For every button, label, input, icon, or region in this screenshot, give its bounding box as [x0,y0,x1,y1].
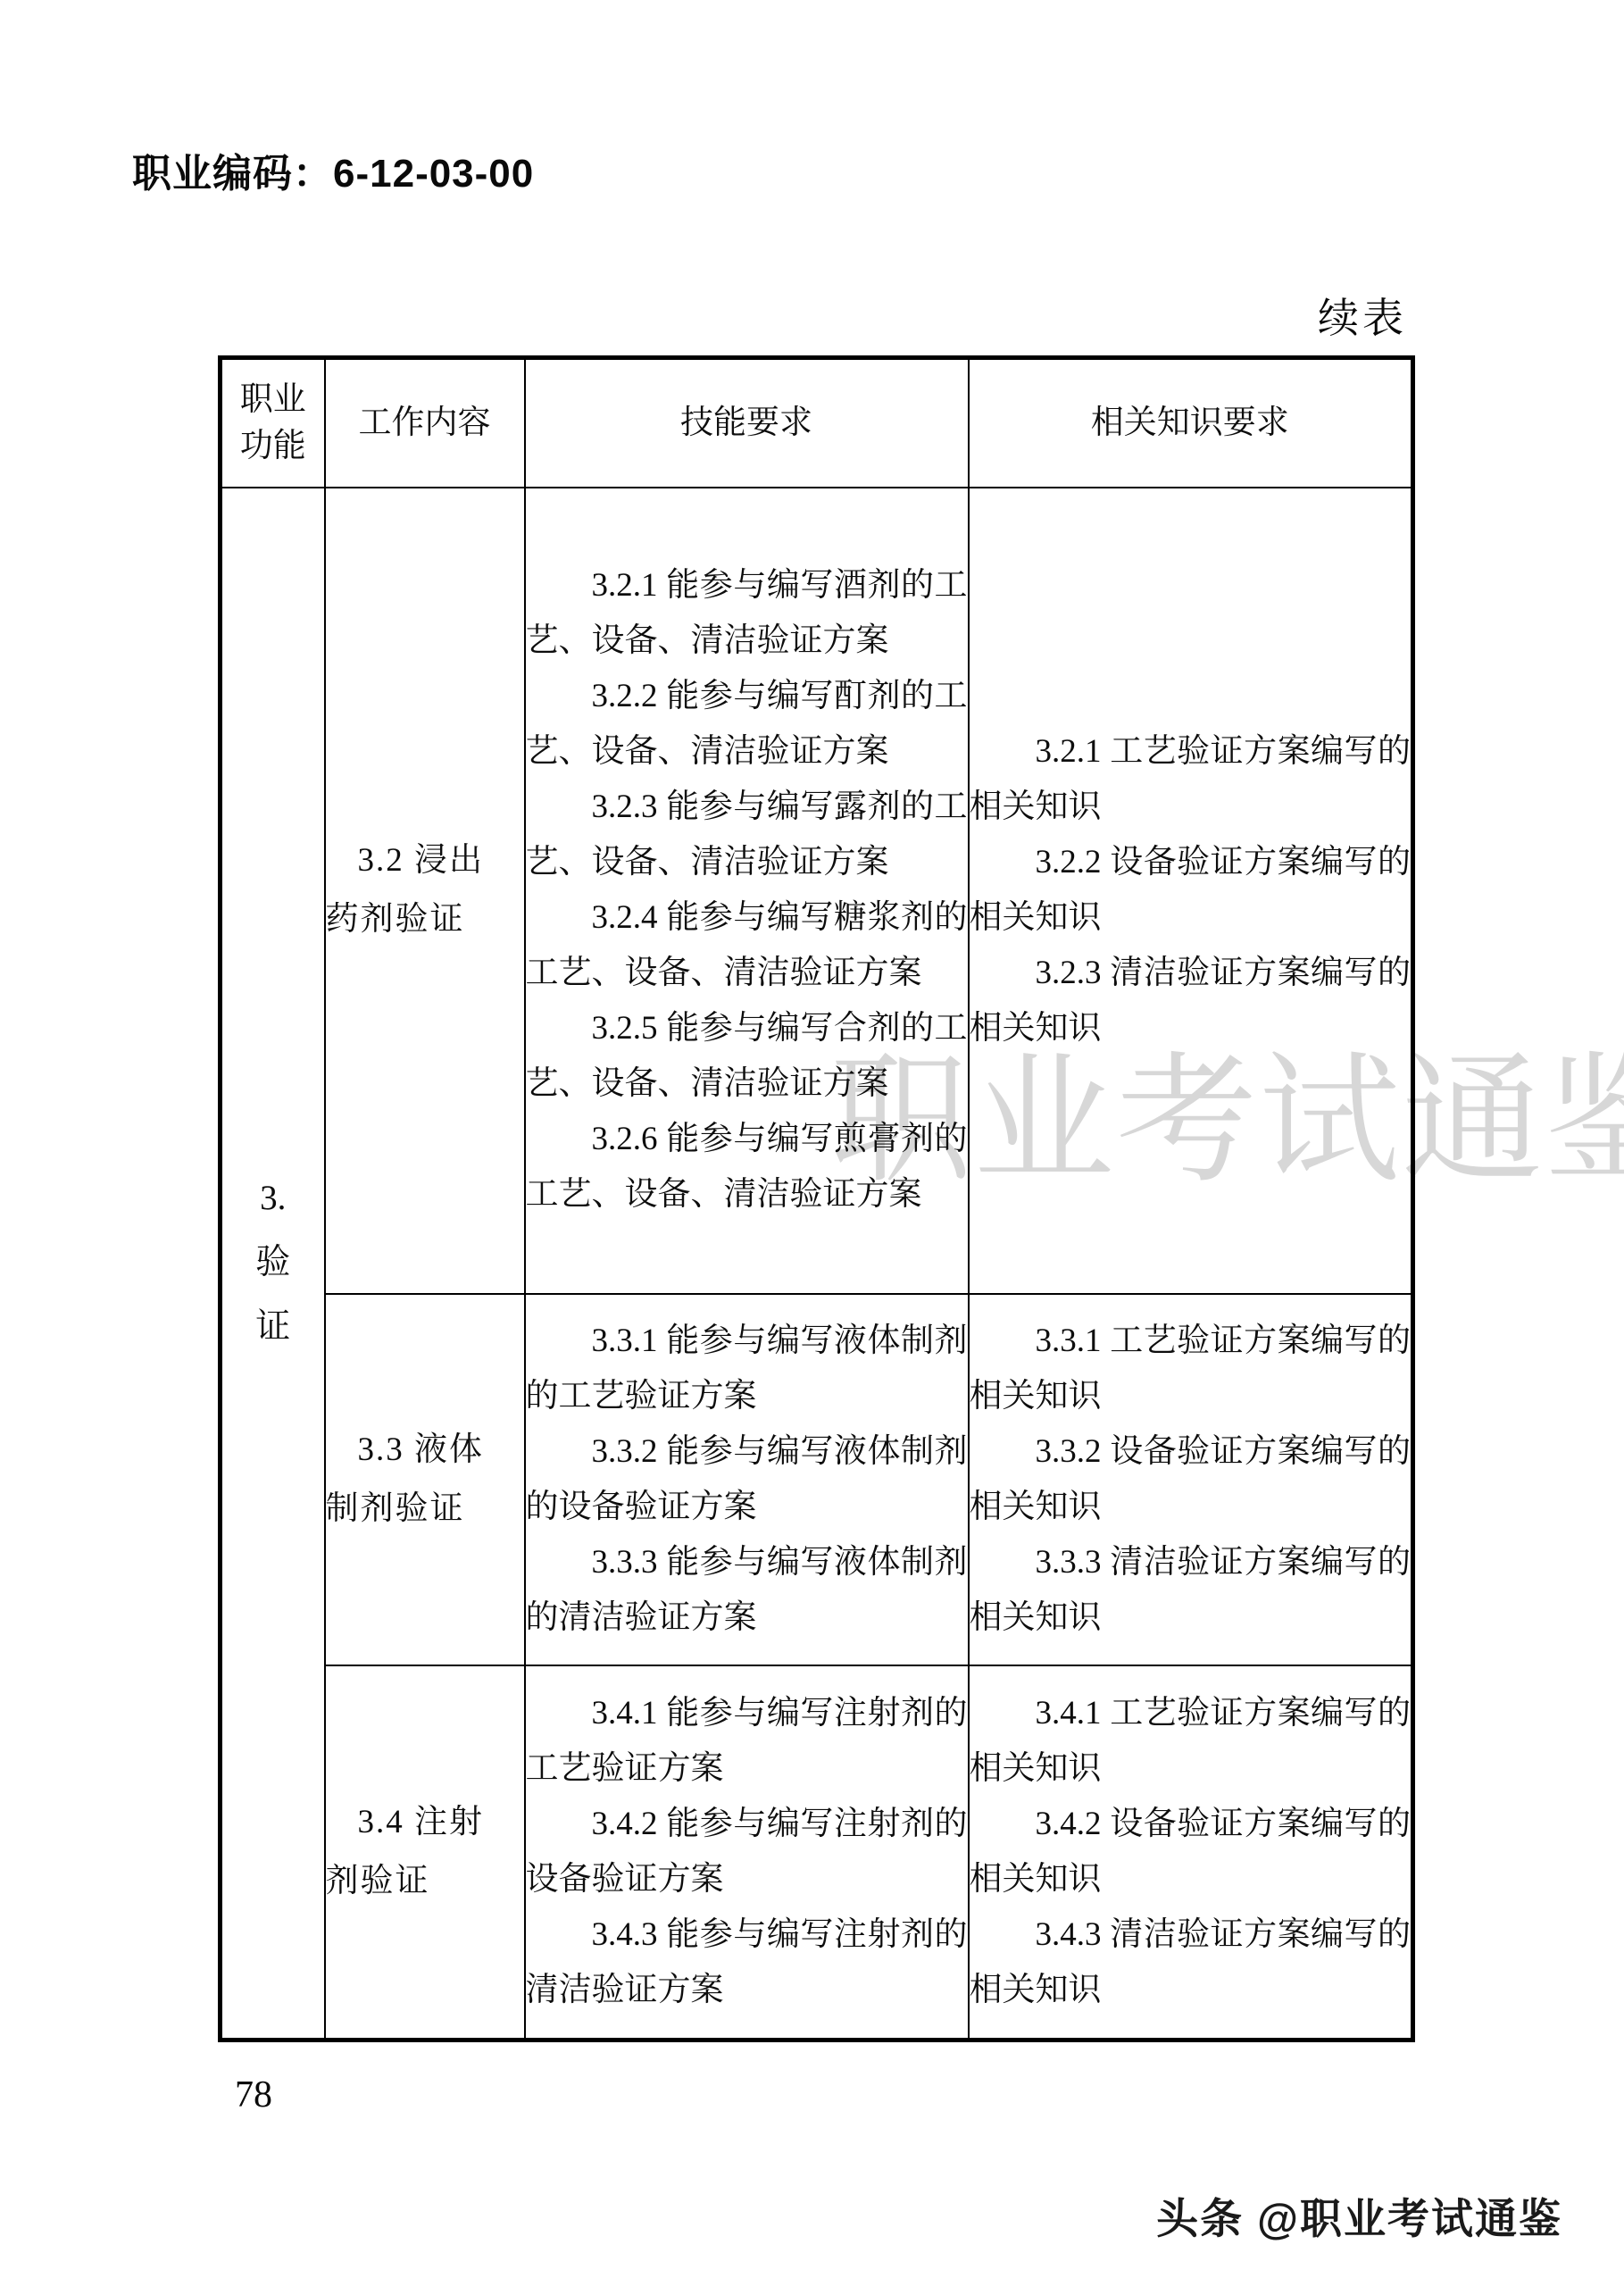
col-header-knowledge-requirements: 相关知识要求 [969,358,1413,488]
function-cell-validation: 3. 验 证 [221,488,325,2040]
function-char: 验 [222,1231,324,1295]
skill-item: 3.2.1 能参与编写酒剂的工艺、设备、清洁验证方案 [526,558,968,669]
knowledge-item: 3.3.3 清洁验证方案编写的相关知识 [970,1535,1412,1646]
col-header-skill-requirements: 技能要求 [525,358,969,488]
skill-item: 3.3.2 能参与编写液体制剂的设备验证方案 [526,1424,968,1535]
skills-cell: 3.4.1 能参与编写注射剂的工艺验证方案 3.4.2 能参与编写注射剂的设备验… [525,1665,969,2040]
skill-item: 3.2.2 能参与编写酊剂的工艺、设备、清洁验证方案 [526,669,968,780]
table-row: 3. 验 证 3.2 浸出 药剂验证 3.2.1 能参与编写酒剂的工艺、设备、清… [221,488,1413,1294]
skill-item: 3.4.1 能参与编写注射剂的工艺验证方案 [526,1686,968,1797]
knowledge-cell: 3.2.1 工艺验证方案编写的相关知识 3.2.2 设备验证方案编写的相关知识 … [969,488,1413,1294]
knowledge-item: 3.3.1 工艺验证方案编写的相关知识 [970,1314,1412,1424]
knowledge-item: 3.2.2 设备验证方案编写的相关知识 [970,835,1412,946]
occupational-standard-table: 职业功能 工作内容 技能要求 相关知识要求 3. 验 证 3.2 浸出 药剂验证… [218,355,1415,2042]
knowledge-item: 3.4.3 清洁验证方案编写的相关知识 [970,1907,1412,2018]
skill-item: 3.4.2 能参与编写注射剂的设备验证方案 [526,1797,968,1907]
work-content-line: 3.4 注射 [326,1793,524,1852]
knowledge-item: 3.2.1 工艺验证方案编写的相关知识 [970,724,1412,835]
work-content-cell: 3.2 浸出 药剂验证 [325,488,525,1294]
skill-item: 3.4.3 能参与编写注射剂的清洁验证方案 [526,1907,968,2018]
knowledge-cell: 3.4.1 工艺验证方案编写的相关知识 3.4.2 设备验证方案编写的相关知识 … [969,1665,1413,2040]
table-row: 3.3 液体 制剂验证 3.3.1 能参与编写液体制剂的工艺验证方案 3.3.2… [221,1294,1413,1665]
knowledge-item: 3.3.2 设备验证方案编写的相关知识 [970,1424,1412,1535]
page-number: 78 [235,2074,272,2116]
function-number: 3. [222,1166,324,1231]
footer-brand: 头条 @职业考试通鉴 [1156,2186,1562,2246]
table-row: 3.4 注射 剂验证 3.4.1 能参与编写注射剂的工艺验证方案 3.4.2 能… [221,1665,1413,2040]
skills-cell: 3.3.1 能参与编写液体制剂的工艺验证方案 3.3.2 能参与编写液体制剂的设… [525,1294,969,1665]
col-header-work-content: 工作内容 [325,358,525,488]
work-content-line: 3.2 浸出 [326,831,524,890]
knowledge-item: 3.4.2 设备验证方案编写的相关知识 [970,1797,1412,1907]
skill-item: 3.2.4 能参与编写糖浆剂的工艺、设备、清洁验证方案 [526,890,968,1001]
knowledge-cell: 3.3.1 工艺验证方案编写的相关知识 3.3.2 设备验证方案编写的相关知识 … [969,1294,1413,1665]
skill-item: 3.3.1 能参与编写液体制剂的工艺验证方案 [526,1314,968,1424]
skill-item: 3.3.3 能参与编写液体制剂的清洁验证方案 [526,1535,968,1646]
skills-cell: 3.2.1 能参与编写酒剂的工艺、设备、清洁验证方案 3.2.2 能参与编写酊剂… [525,488,969,1294]
function-char: 证 [222,1295,324,1359]
skill-item: 3.2.5 能参与编写合剂的工艺、设备、清洁验证方案 [526,1001,968,1112]
work-content-line: 剂验证 [326,1852,524,1911]
work-content-line: 药剂验证 [326,890,524,949]
work-content-line: 3.3 液体 [326,1421,524,1480]
occupation-code-heading: 职业编码：6-12-03-00 [132,141,534,198]
col-header-function: 职业功能 [221,358,325,488]
knowledge-item: 3.4.1 工艺验证方案编写的相关知识 [970,1686,1412,1797]
skill-item: 3.2.3 能参与编写露剂的工艺、设备、清洁验证方案 [526,780,968,890]
continued-table-label: 续表 [1318,286,1407,345]
work-content-cell: 3.3 液体 制剂验证 [325,1294,525,1665]
skill-item: 3.2.6 能参与编写煎膏剂的工艺、设备、清洁验证方案 [526,1112,968,1222]
knowledge-item: 3.2.3 清洁验证方案编写的相关知识 [970,946,1412,1056]
work-content-cell: 3.4 注射 剂验证 [325,1665,525,2040]
work-content-line: 制剂验证 [326,1480,524,1539]
document-page: 职业编码：6-12-03-00 续表 职业考试通鉴 职业功能 工作内容 技能要求… [0,0,1624,2278]
table-header-row: 职业功能 工作内容 技能要求 相关知识要求 [221,358,1413,488]
